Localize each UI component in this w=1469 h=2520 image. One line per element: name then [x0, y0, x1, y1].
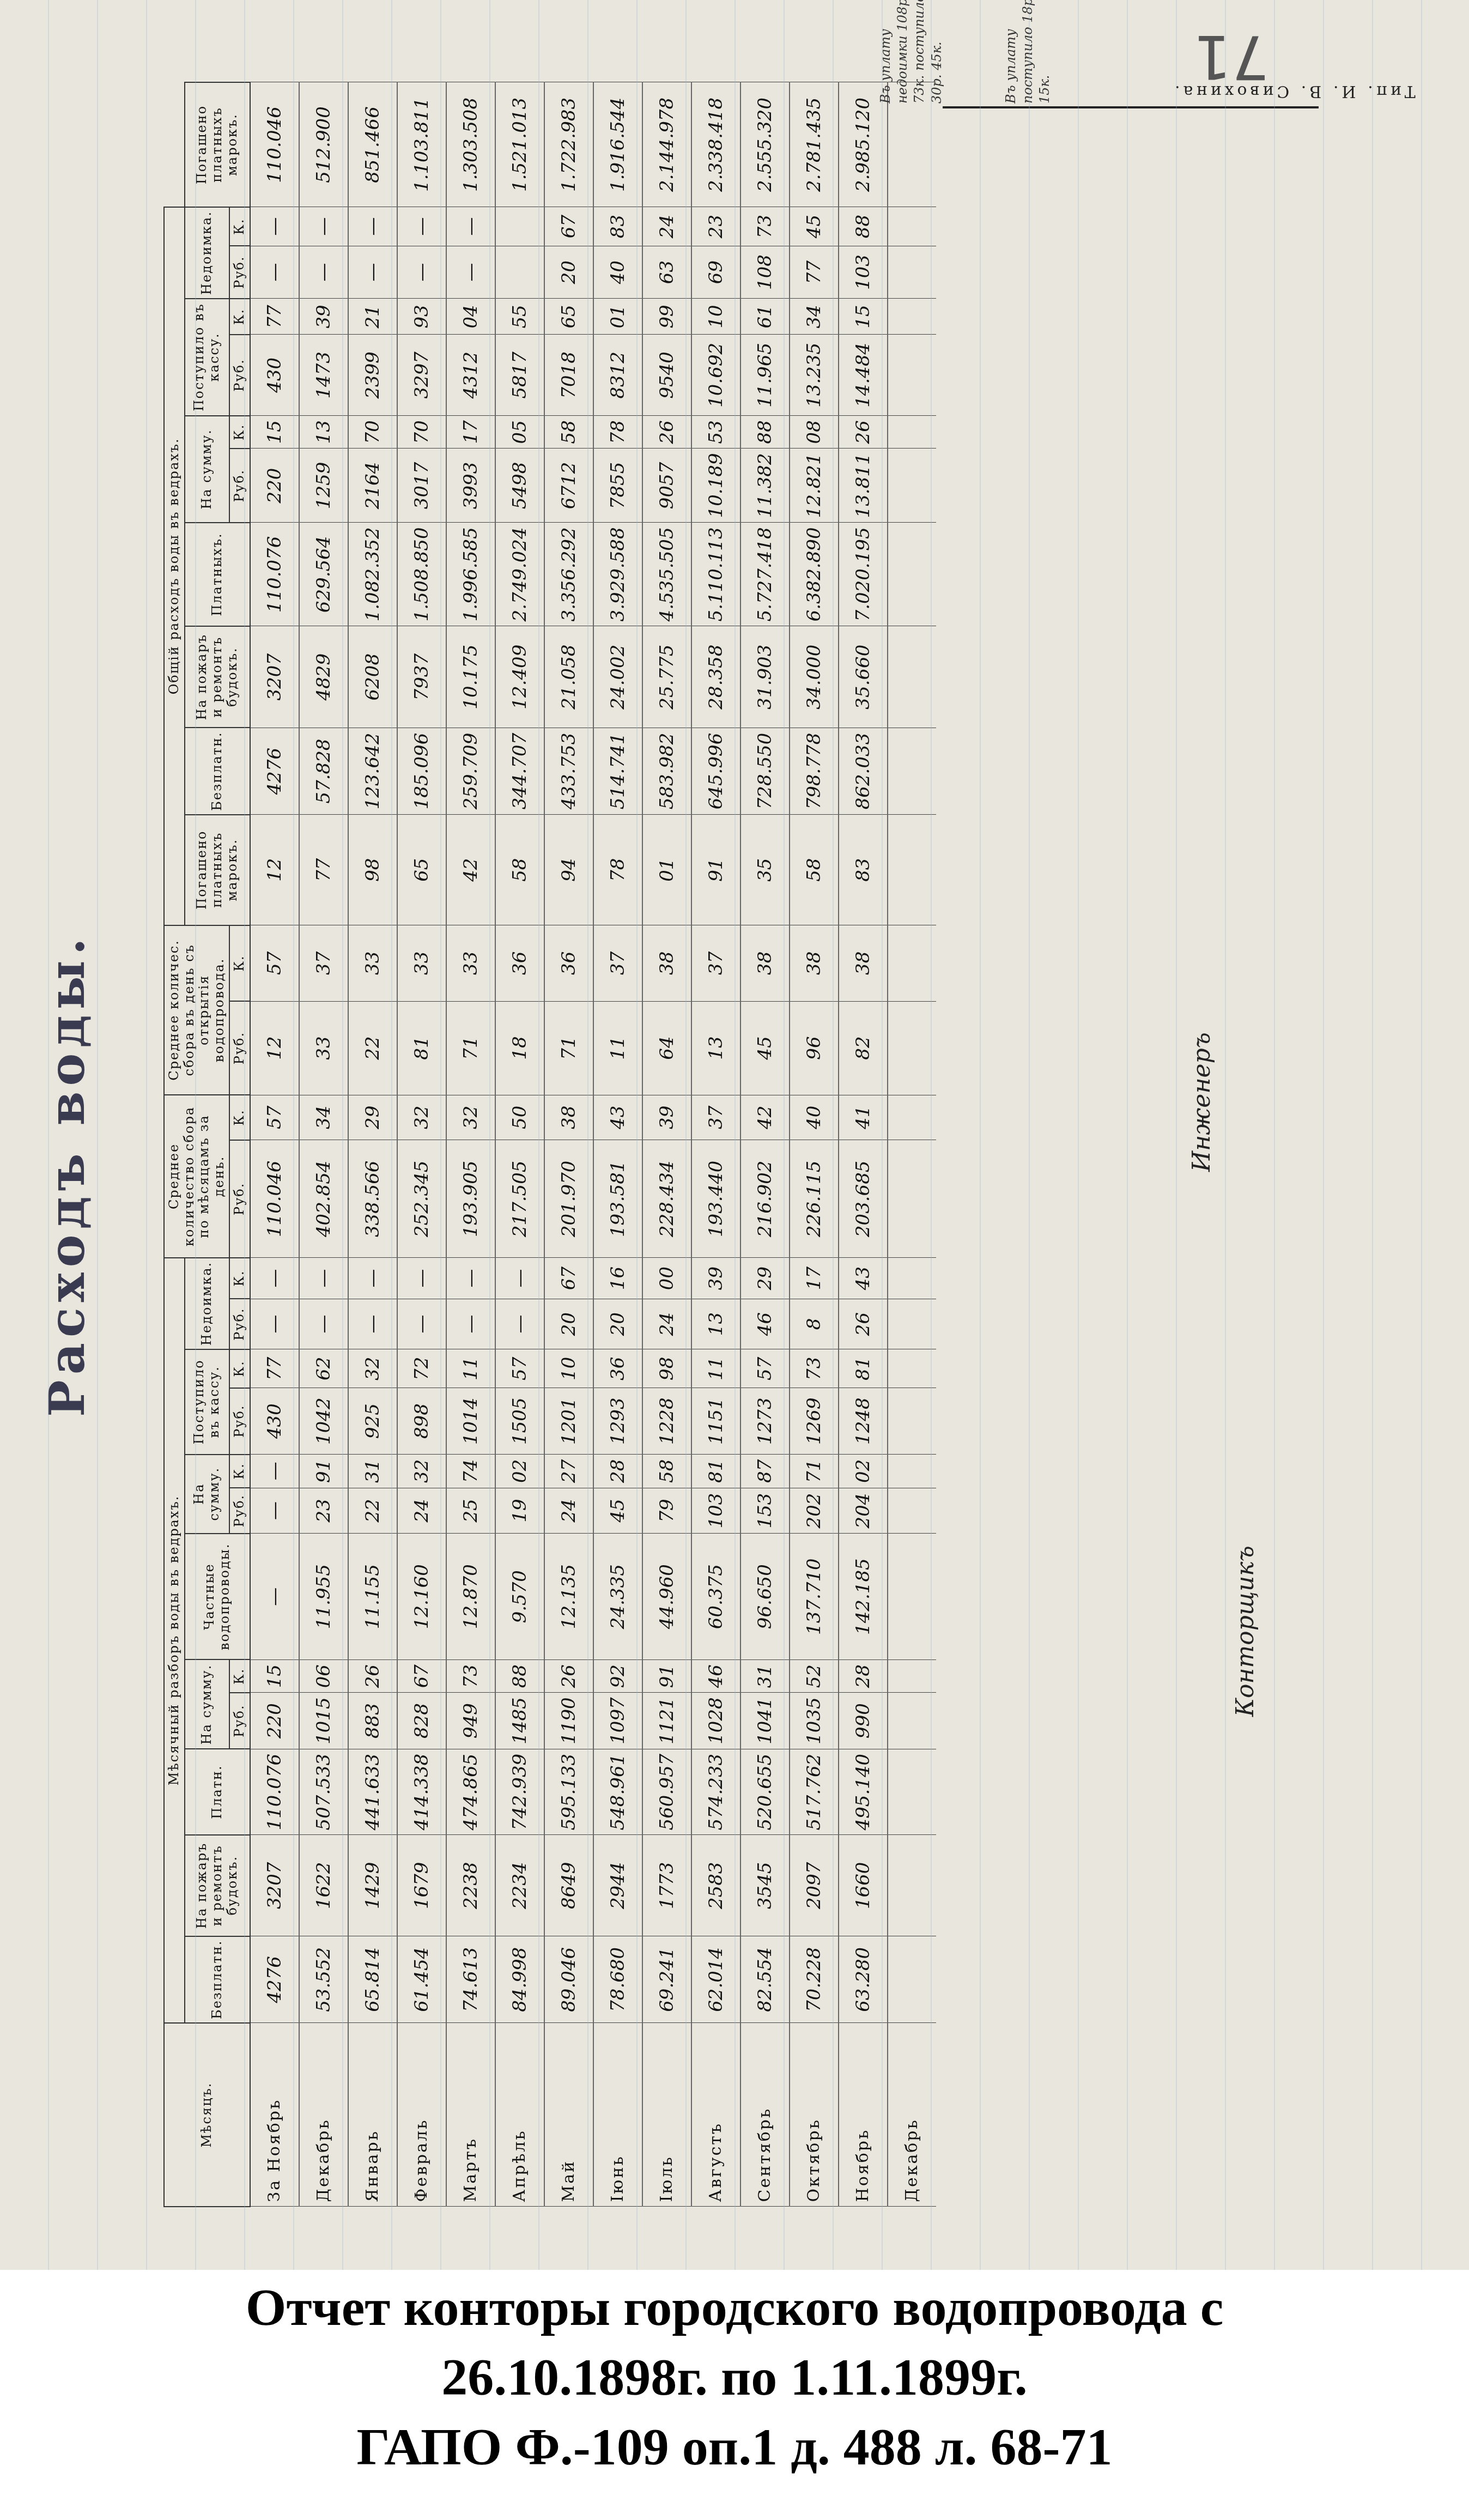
- cell-m-stamps: 226.115: [790, 1140, 839, 1258]
- cell-m-fire: 1660: [839, 1835, 888, 1936]
- cell-m-rec-r: 1293: [593, 1388, 642, 1455]
- col-fire: На пожаръ и ремонтъ будокъ.: [185, 1835, 250, 1936]
- cell-g-rec-k: 93: [397, 299, 446, 335]
- cell-g-stamps: 1.303.508: [446, 82, 495, 207]
- cell-avg2-r: 33: [446, 925, 495, 1001]
- cell-m-arr-k: 17: [790, 1258, 839, 1299]
- cell-avg1-k: 81: [397, 1001, 446, 1095]
- cell-g-rec-k: 99: [642, 299, 691, 335]
- cell-g-sum-k: 13: [299, 416, 348, 449]
- cell-avg1-k: 22: [348, 1001, 397, 1095]
- cell-g-arr-r: —: [250, 246, 299, 299]
- table-row: За Ноябрь42763207110.07622015———43077——1…: [250, 82, 299, 2207]
- cell-g-arr-k: —: [446, 207, 495, 246]
- cell-g-paid: 5.110.113: [691, 523, 740, 626]
- cell-g-sum-r: 3017: [397, 449, 446, 523]
- cell-g-rec-r: 2399: [348, 335, 397, 416]
- cell-g-free: [888, 728, 936, 814]
- cell-m-rec-r: 898: [397, 1388, 446, 1455]
- col-free: Безплатн.: [185, 1936, 250, 2023]
- cell-m-arr-r: 13: [691, 1299, 740, 1349]
- cell-avg2-r: 33: [397, 925, 446, 1001]
- cell-m-free: 53.552: [299, 1936, 348, 2023]
- cell-g-paid: 7.020.195: [839, 523, 888, 626]
- cell-m-sum2-r: 204: [839, 1488, 888, 1534]
- table-row: Іюнь78.6802944548.96110979224.3354528129…: [593, 82, 642, 2207]
- cell-m-rec-r: 1014: [446, 1388, 495, 1455]
- cell-m-arr-k: —: [495, 1258, 544, 1299]
- col-stamps: Погашено платныхъ марокъ.: [185, 815, 250, 925]
- cell-m-sum2-r: 23: [299, 1488, 348, 1534]
- cell-g-fire: 6208: [348, 626, 397, 728]
- caption-line-2: 26.10.1898г. по 1.11.1899г.: [0, 2342, 1469, 2412]
- cell-m-arr-r: —: [495, 1299, 544, 1349]
- cell-g-arr-r: —: [446, 246, 495, 299]
- unit-rub: Руб.: [229, 335, 250, 416]
- cell-avg2-k: 98: [348, 815, 397, 925]
- cell-m-stamps: 252.345: [397, 1140, 446, 1258]
- cell-g-rec-r: 4312: [446, 335, 495, 416]
- cell-g-stamps: 1.722.983: [544, 82, 593, 207]
- cell-g-sum-k: 88: [740, 416, 790, 449]
- cell-m-arr-k: 43: [839, 1258, 888, 1299]
- cell-g-fire: 31.903: [740, 626, 790, 728]
- cell-avg1-r: 50: [495, 1095, 544, 1140]
- cell-m-private: 12.160: [397, 1534, 446, 1660]
- cell-m-paid: 441.633: [348, 1749, 397, 1835]
- page-number: 71: [1193, 22, 1270, 92]
- cell-m-rec-k: [888, 1349, 936, 1388]
- cell-g-fire: 28.358: [691, 626, 740, 728]
- cell-m-arr-k: [888, 1258, 936, 1299]
- cell-g-sum-r: 7855: [593, 449, 642, 523]
- cell-g-stamps: 512.900: [299, 82, 348, 207]
- cell-m-private: 60.375: [691, 1534, 740, 1660]
- avg1-header: Среднее количество сбора по мѣсяцамъ за …: [164, 1095, 229, 1258]
- cell-m-paid: 474.865: [446, 1749, 495, 1835]
- cell-g-rec-r: 1473: [299, 335, 348, 416]
- cell-m-rec-r: 1151: [691, 1388, 740, 1455]
- g-col-sum: На сумму.: [185, 416, 230, 523]
- cell-m-stamps: 193.440: [691, 1140, 740, 1258]
- cell-g-arr-r: 103: [839, 246, 888, 299]
- cell-m-stamps: 217.505: [495, 1140, 544, 1258]
- month-label: Май: [544, 2023, 593, 2207]
- table-row: Декабрь: [888, 82, 936, 2207]
- g-col-stamps: Погашено платныхъ марокъ.: [185, 82, 250, 207]
- cell-avg1-r: 43: [593, 1095, 642, 1140]
- cell-m-sum-k: 88: [495, 1660, 544, 1693]
- archival-scan: 71 Тип. И. В. Сивохина. Расходъ воды. Мѣ…: [0, 0, 1469, 2270]
- month-label: Іюнь: [593, 2023, 642, 2207]
- cell-m-private: 96.650: [740, 1534, 790, 1660]
- cell-m-free: 69.241: [642, 1936, 691, 2023]
- cell-g-free: 514.741: [593, 728, 642, 814]
- month-label: Декабрь: [299, 2023, 348, 2207]
- cell-g-sum-k: 26: [839, 416, 888, 449]
- cell-avg1-k: 11: [593, 1001, 642, 1095]
- cell-m-fire: 2944: [593, 1835, 642, 1936]
- cell-m-stamps: 201.970: [544, 1140, 593, 1258]
- caption: Отчет конторы городского водопровода с 2…: [0, 2273, 1469, 2482]
- cell-avg1-r: 39: [642, 1095, 691, 1140]
- cell-m-sum-k: 15: [250, 1660, 299, 1693]
- cell-m-private: 142.185: [839, 1534, 888, 1660]
- unit-rub: Руб.: [229, 1001, 250, 1095]
- cell-m-private: 12.870: [446, 1534, 495, 1660]
- cell-m-rec-k: 36: [593, 1349, 642, 1388]
- cell-avg1-k: 13: [691, 1001, 740, 1095]
- cell-g-sum-k: 26: [642, 416, 691, 449]
- month-label: Декабрь: [888, 2023, 936, 2207]
- cell-g-arr-k: 83: [593, 207, 642, 246]
- cell-m-fire: 1679: [397, 1835, 446, 1936]
- cell-m-sum2-r: 79: [642, 1488, 691, 1534]
- cell-m-rec-k: 57: [495, 1349, 544, 1388]
- cell-m-arr-r: 20: [593, 1299, 642, 1349]
- table-row: Ноябрь63.2801660495.14099028142.18520402…: [839, 82, 888, 2207]
- cell-m-sum2-r: 24: [544, 1488, 593, 1534]
- cell-m-paid: 574.233: [691, 1749, 740, 1835]
- cell-m-paid: 742.939: [495, 1749, 544, 1835]
- cell-avg2-k: 83: [839, 815, 888, 925]
- cell-g-sum-r: 12.821: [790, 449, 839, 523]
- cell-g-rec-k: 77: [250, 299, 299, 335]
- cell-g-sum-r: 1259: [299, 449, 348, 523]
- cell-m-private: 24.335: [593, 1534, 642, 1660]
- cell-m-sum-k: 67: [397, 1660, 446, 1693]
- cell-m-arr-r: 46: [740, 1299, 790, 1349]
- cell-avg2-r: 36: [495, 925, 544, 1001]
- cell-g-arr-r: 69: [691, 246, 740, 299]
- g-col-received: Поступило въ кассу.: [185, 299, 230, 416]
- cell-m-free: 89.046: [544, 1936, 593, 2023]
- engineer-signature-label: Инженеръ: [1188, 1032, 1216, 1172]
- cell-g-paid: 6.382.890: [790, 523, 839, 626]
- cell-g-free: 4276: [250, 728, 299, 814]
- cell-g-rec-r: 9540: [642, 335, 691, 416]
- cell-m-sum-k: 06: [299, 1660, 348, 1693]
- cell-avg1-k: 71: [544, 1001, 593, 1095]
- cell-g-free: 583.982: [642, 728, 691, 814]
- month-label: Февраль: [397, 2023, 446, 2207]
- cell-g-sum-r: 6712: [544, 449, 593, 523]
- unit-rub: Руб.: [229, 449, 250, 523]
- cell-g-rec-r: [888, 335, 936, 416]
- cell-m-free: 74.613: [446, 1936, 495, 2023]
- cell-m-sum-k: 73: [446, 1660, 495, 1693]
- cell-m-fire: [888, 1835, 936, 1936]
- cell-m-sum-r: [888, 1693, 936, 1749]
- cell-m-stamps: 216.902: [740, 1140, 790, 1258]
- cell-avg2-k: 94: [544, 815, 593, 925]
- cell-g-rec-r: 11.965: [740, 335, 790, 416]
- cell-g-rec-r: 8312: [593, 335, 642, 416]
- cell-m-free: 63.280: [839, 1936, 888, 2023]
- cell-m-sum-r: 883: [348, 1693, 397, 1749]
- monthly-group-header: Мѣсячный разборъ воды въ ведрахъ.: [164, 1258, 185, 2023]
- cell-g-free: 862.033: [839, 728, 888, 814]
- unit-kop: К.: [229, 925, 250, 1001]
- cell-g-arr-k: —: [250, 207, 299, 246]
- cell-g-fire: 25.775: [642, 626, 691, 728]
- cell-m-fire: 3207: [250, 1835, 299, 1936]
- month-label: Іюль: [642, 2023, 691, 2207]
- cell-g-sum-k: 15: [250, 416, 299, 449]
- cell-m-arr-r: [888, 1299, 936, 1349]
- cell-g-arr-k: —: [348, 207, 397, 246]
- cell-m-paid: 517.762: [790, 1749, 839, 1835]
- cell-m-free: 84.998: [495, 1936, 544, 2023]
- cell-g-sum-k: 17: [446, 416, 495, 449]
- cell-m-sum2-k: 31: [348, 1455, 397, 1488]
- cell-avg2-k: 78: [593, 815, 642, 925]
- table-row: Апрѣль84.9982234742.9391485889.570190215…: [495, 82, 544, 2207]
- cell-m-fire: 3545: [740, 1835, 790, 1936]
- cell-avg1-r: 40: [790, 1095, 839, 1140]
- cell-g-rec-k: 15: [839, 299, 888, 335]
- cell-g-rec-k: 34: [790, 299, 839, 335]
- cell-g-sum-r: 220: [250, 449, 299, 523]
- cell-avg2-k: [888, 815, 936, 925]
- cell-g-rec-k: 10: [691, 299, 740, 335]
- cell-g-rec-r: 13.235: [790, 335, 839, 416]
- col-sum: На сумму.: [185, 1660, 230, 1749]
- cell-g-rec-k: 39: [299, 299, 348, 335]
- cell-m-paid: 548.961: [593, 1749, 642, 1835]
- cell-g-arr-r: 108: [740, 246, 790, 299]
- margin-note-september: Въ уплату недоимки 108р. 73к. поступило …: [877, 0, 945, 104]
- cell-m-free: 82.554: [740, 1936, 790, 2023]
- table-row: Октябрь70.2282097517.762103552137.710202…: [790, 82, 839, 2207]
- cell-g-arr-k: [888, 207, 936, 246]
- cell-avg1-r: 57: [250, 1095, 299, 1140]
- cell-g-sum-k: 53: [691, 416, 740, 449]
- cell-m-rec-r: [888, 1388, 936, 1455]
- col-arrears: Недоимка.: [185, 1258, 230, 1349]
- month-label: Октябрь: [790, 2023, 839, 2207]
- cell-m-sum2-k: 81: [691, 1455, 740, 1488]
- cell-avg1-r: 32: [397, 1095, 446, 1140]
- cell-avg1-k: 12: [250, 1001, 299, 1095]
- month-header: Мѣсяцъ.: [164, 2023, 250, 2207]
- cell-m-sum-k: 91: [642, 1660, 691, 1693]
- cell-m-rec-r: 1228: [642, 1388, 691, 1455]
- cell-g-sum-k: 70: [397, 416, 446, 449]
- cell-g-rec-k: 55: [495, 299, 544, 335]
- cell-m-arr-r: —: [446, 1299, 495, 1349]
- cell-g-paid: 3.929.588: [593, 523, 642, 626]
- month-label: Ноябрь: [839, 2023, 888, 2207]
- cell-m-sum-k: 52: [790, 1660, 839, 1693]
- cell-g-sum-r: 13.811: [839, 449, 888, 523]
- cell-m-rec-k: 62: [299, 1349, 348, 1388]
- cell-m-rec-k: 72: [397, 1349, 446, 1388]
- cell-m-rec-k: 11: [691, 1349, 740, 1388]
- cell-avg2-r: [888, 925, 936, 1001]
- cell-avg1-r: 32: [446, 1095, 495, 1140]
- cell-g-sum-k: 78: [593, 416, 642, 449]
- cell-m-private: [888, 1534, 936, 1660]
- cell-avg2-k: 65: [397, 815, 446, 925]
- cell-g-rec-k: 21: [348, 299, 397, 335]
- cell-g-rec-k: 65: [544, 299, 593, 335]
- cell-m-arr-r: 24: [642, 1299, 691, 1349]
- cell-m-rec-r: 430: [250, 1388, 299, 1455]
- unit-rub: Руб.: [229, 246, 250, 299]
- unit-kop: К.: [229, 299, 250, 335]
- cell-m-rec-k: 81: [839, 1349, 888, 1388]
- cell-m-sum2-r: [888, 1488, 936, 1534]
- cell-m-rec-k: 11: [446, 1349, 495, 1388]
- cell-m-arr-k: —: [348, 1258, 397, 1299]
- cell-g-free: 798.778: [790, 728, 839, 814]
- cell-m-sum-r: 1028: [691, 1693, 740, 1749]
- cell-m-fire: 2097: [790, 1835, 839, 1936]
- cell-g-sum-r: [888, 449, 936, 523]
- month-label: Сентябрь: [740, 2023, 790, 2207]
- cell-g-sum-k: 05: [495, 416, 544, 449]
- cell-m-free: 78.680: [593, 1936, 642, 2023]
- cell-g-paid: 1.508.850: [397, 523, 446, 626]
- cell-g-paid: 629.564: [299, 523, 348, 626]
- cell-m-arr-r: 20: [544, 1299, 593, 1349]
- cell-g-stamps: 110.046: [250, 82, 299, 207]
- cell-avg2-r: 38: [642, 925, 691, 1001]
- cell-m-free: [888, 1936, 936, 2023]
- cell-m-sum-r: 1097: [593, 1693, 642, 1749]
- cell-g-arr-k: 45: [790, 207, 839, 246]
- cell-g-paid: 3.356.292: [544, 523, 593, 626]
- cell-avg2-k: 91: [691, 815, 740, 925]
- rotated-ledger-sheet: Расходъ воды. Мѣсяцъ. Мѣсячный разборъ в…: [163, 82, 1253, 2207]
- cell-avg1-r: 38: [544, 1095, 593, 1140]
- cell-g-stamps: 1.521.013: [495, 82, 544, 207]
- cell-m-sum2-k: 27: [544, 1455, 593, 1488]
- cell-g-arr-k: [495, 207, 544, 246]
- cell-avg1-k: [888, 1001, 936, 1095]
- cell-m-fire: 2234: [495, 1835, 544, 1936]
- cell-g-stamps: 1.916.544: [593, 82, 642, 207]
- g-col-arrears: Недоимка.: [185, 207, 230, 299]
- cell-g-stamps: 1.103.811: [397, 82, 446, 207]
- cell-m-paid: [888, 1749, 936, 1835]
- cell-g-arr-r: [888, 246, 936, 299]
- cell-m-sum2-k: 58: [642, 1455, 691, 1488]
- cell-g-fire: 34.000: [790, 626, 839, 728]
- cell-m-stamps: [888, 1140, 936, 1258]
- cell-m-arr-k: —: [299, 1258, 348, 1299]
- cell-g-free: 344.707: [495, 728, 544, 814]
- cell-m-rec-r: 1248: [839, 1388, 888, 1455]
- unit-rub: Руб.: [229, 1488, 250, 1534]
- cell-g-sum-r: 2164: [348, 449, 397, 523]
- cell-m-sum-k: 28: [839, 1660, 888, 1693]
- g-col-fire: На пожаръ и ремонтъ будокъ.: [185, 626, 250, 728]
- cell-m-sum2-r: 103: [691, 1488, 740, 1534]
- cell-g-arr-r: 40: [593, 246, 642, 299]
- cell-m-sum-r: 220: [250, 1693, 299, 1749]
- cell-m-rec-r: 1042: [299, 1388, 348, 1455]
- unit-kop: К.: [229, 207, 250, 246]
- cell-m-sum-k: 31: [740, 1660, 790, 1693]
- cell-m-sum-r: 1035: [790, 1693, 839, 1749]
- cell-m-private: —: [250, 1534, 299, 1660]
- document-title: Расходъ воды.: [38, 932, 96, 1417]
- cell-m-fire: 2238: [446, 1835, 495, 1936]
- cell-m-rec-r: 925: [348, 1388, 397, 1455]
- cell-g-sum-r: 5498: [495, 449, 544, 523]
- cell-g-arr-r: 77: [790, 246, 839, 299]
- cell-m-arr-k: 39: [691, 1258, 740, 1299]
- cell-g-arr-k: 23: [691, 207, 740, 246]
- cell-avg1-r: 34: [299, 1095, 348, 1140]
- cell-g-fire: 21.058: [544, 626, 593, 728]
- caption-line-1: Отчет конторы городского водопровода с: [0, 2273, 1469, 2342]
- cell-m-sum2-k: 91: [299, 1455, 348, 1488]
- cell-avg1-k: 82: [839, 1001, 888, 1095]
- cell-m-sum2-k: 02: [839, 1455, 888, 1488]
- cell-m-stamps: 110.046: [250, 1140, 299, 1258]
- table-row: Августъ62.0142583574.23310284660.3751038…: [691, 82, 740, 2207]
- cell-g-sum-k: [888, 416, 936, 449]
- cell-m-free: 61.454: [397, 1936, 446, 2023]
- cell-m-free: 4276: [250, 1936, 299, 2023]
- cell-avg2-k: 42: [446, 815, 495, 925]
- table-row: Мартъ74.6132238474.8659497312.8702574101…: [446, 82, 495, 2207]
- month-label: Апрѣль: [495, 2023, 544, 2207]
- cell-g-stamps: 2.144.978: [642, 82, 691, 207]
- cell-m-private: 9.570: [495, 1534, 544, 1660]
- cell-g-free: 57.828: [299, 728, 348, 814]
- cell-m-rec-k: 77: [250, 1349, 299, 1388]
- cell-m-sum2-r: 19: [495, 1488, 544, 1534]
- cell-m-paid: 560.957: [642, 1749, 691, 1835]
- unit-rub: Руб.: [229, 1299, 250, 1349]
- cell-m-sum2-k: 32: [397, 1455, 446, 1488]
- cell-g-rec-r: 10.692: [691, 335, 740, 416]
- cell-m-sum2-k: [888, 1455, 936, 1488]
- cell-avg2-r: 38: [740, 925, 790, 1001]
- cell-g-arr-r: [495, 246, 544, 299]
- cell-avg2-r: 37: [299, 925, 348, 1001]
- cell-m-arr-k: —: [397, 1258, 446, 1299]
- cell-g-arr-r: —: [299, 246, 348, 299]
- cell-m-sum2-r: 22: [348, 1488, 397, 1534]
- unit-rub: Руб.: [229, 1140, 250, 1258]
- cell-m-stamps: 402.854: [299, 1140, 348, 1258]
- cell-g-fire: 10.175: [446, 626, 495, 728]
- unit-kop: К.: [229, 1349, 250, 1388]
- cell-m-arr-r: —: [250, 1299, 299, 1349]
- cell-m-sum-k: 92: [593, 1660, 642, 1693]
- cell-m-sum-r: 1190: [544, 1693, 593, 1749]
- cell-g-sum-k: 58: [544, 416, 593, 449]
- cell-m-fire: 1622: [299, 1835, 348, 1936]
- ledger-body: За Ноябрь42763207110.07622015———43077——1…: [250, 82, 936, 2207]
- cell-g-rec-r: 14.484: [839, 335, 888, 416]
- cell-m-sum2-r: —: [250, 1488, 299, 1534]
- cell-g-arr-k: —: [397, 207, 446, 246]
- cell-m-private: 11.155: [348, 1534, 397, 1660]
- cell-g-rec-r: 7018: [544, 335, 593, 416]
- cell-m-sum-k: 26: [544, 1660, 593, 1693]
- cell-avg2-k: 35: [740, 815, 790, 925]
- cell-m-paid: 110.076: [250, 1749, 299, 1835]
- cell-m-arr-r: —: [397, 1299, 446, 1349]
- cell-g-fire: 4829: [299, 626, 348, 728]
- unit-kop: К.: [229, 416, 250, 449]
